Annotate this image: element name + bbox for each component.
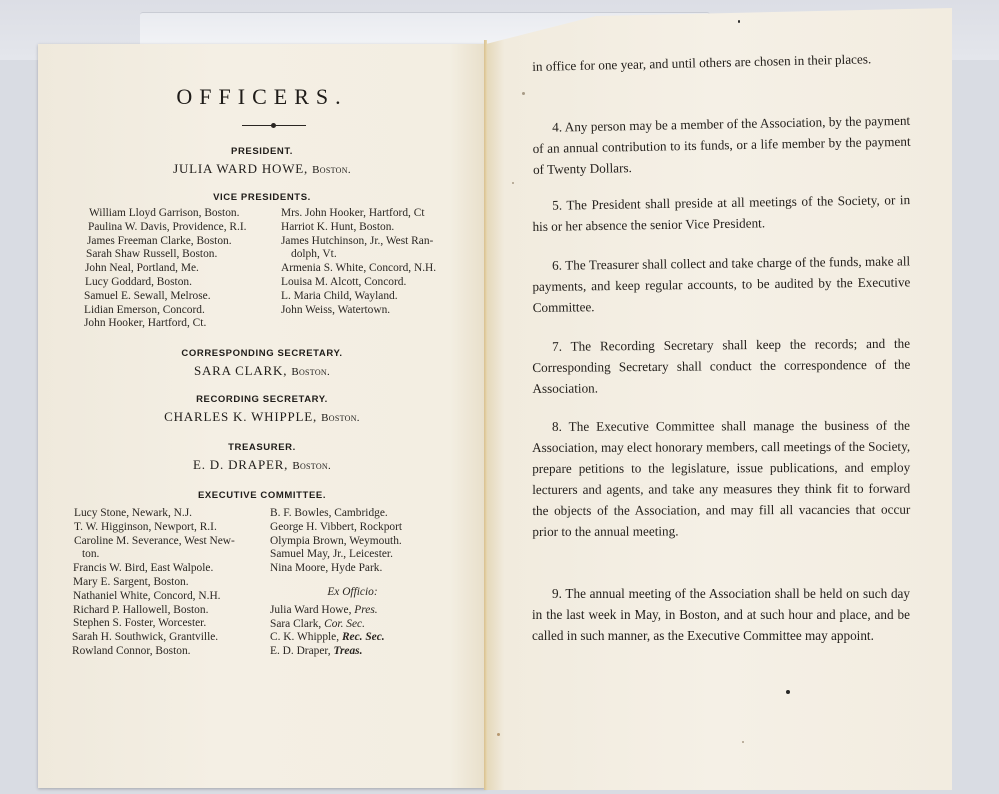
president-person: JULIA WARD HOWE, [173, 161, 308, 176]
list-item: John Weiss, Watertown. [281, 304, 436, 318]
list-item: James Freeman Clarke, Boston. [84, 235, 247, 249]
list-item: Paulina W. Davis, Providence, R.I. [84, 221, 247, 235]
list-item: John Hooker, Hartford, Ct. [84, 317, 247, 331]
list-item: Samuel E. Sewall, Melrose. [84, 290, 247, 304]
paragraph-8: 8. The Executive Committee shall manage … [532, 415, 910, 542]
list-item: T. W. Higginson, Newport, R.I. [72, 521, 235, 535]
paper-speck [512, 182, 514, 184]
executive-committee-label: EXECUTIVE COMMITTEE. [38, 490, 486, 501]
paragraph-text: The Recording Secretary shall keep the r… [532, 336, 910, 396]
ex-officio-name: Julia Ward Howe, [270, 604, 351, 616]
vice-presidents-col1: William Lloyd Garrison, Boston. Paulina … [84, 207, 247, 331]
paper-speck [522, 92, 525, 95]
paragraph-5: 5. The President shall preside at all me… [532, 189, 911, 237]
ex-officio-name: E. D. Draper, [270, 645, 331, 657]
recording-secretary-city: Boston. [321, 412, 360, 424]
ex-officio-role: Cor. Sec. [324, 618, 365, 630]
list-item: dolph, Vt. [281, 248, 436, 262]
list-item: Olympia Brown, Weymouth. [270, 535, 435, 549]
list-item: Sarah Shaw Russell, Boston. [84, 248, 247, 262]
recording-secretary-person: CHARLES K. WHIPPLE, [164, 409, 317, 424]
list-item: Mary E. Sargent, Boston. [72, 576, 235, 590]
page-title: OFFICERS. [38, 84, 486, 110]
treasurer-city: Boston. [292, 460, 331, 472]
ex-officio-name: C. K. Whipple, [270, 631, 339, 643]
list-item: Caroline M. Severance, West New- [72, 535, 235, 549]
list-item: Nathaniel White, Concord, N.H. [72, 590, 235, 604]
recording-secretary-name: CHARLES K. WHIPPLE, Boston. [38, 409, 486, 425]
vice-presidents-col2: Mrs. John Hooker, Hartford, Ct Harriot K… [281, 207, 436, 317]
ex-officio-role: Treas. [333, 645, 362, 657]
list-item: B. F. Bowles, Cambridge. [270, 507, 435, 521]
list-item: Stephen S. Foster, Worcester. [72, 617, 235, 631]
paragraph-number: 7. [552, 339, 562, 354]
ex-officio-member: Julia Ward Howe, Pres. [270, 604, 435, 618]
treasurer-label: TREASURER. [38, 442, 486, 453]
executive-committee-col2: B. F. Bowles, Cambridge. George H. Vibbe… [270, 507, 435, 659]
treasurer-name: E. D. DRAPER, Boston. [38, 457, 486, 473]
list-item: Rowland Connor, Boston. [72, 645, 235, 659]
list-item: L. Maria Child, Wayland. [281, 290, 436, 304]
list-item: George H. Vibbert, Rockport [270, 521, 435, 535]
list-item: William Lloyd Garrison, Boston. [84, 207, 247, 221]
list-item: Sarah H. Southwick, Grantville. [72, 631, 235, 645]
list-item: Lucy Stone, Newark, N.J. [72, 507, 235, 521]
corresponding-secretary-city: Boston. [291, 366, 330, 378]
paragraph-6: 6. The Treasurer shall collect and take … [532, 250, 911, 318]
paragraph-number: 5. [552, 198, 562, 213]
list-item: ton. [72, 548, 235, 562]
paragraph-text: Any person may be a member of the Associ… [532, 113, 910, 177]
title-ornament-divider [242, 125, 306, 126]
paragraph-text: The annual meeting of the Association sh… [532, 586, 910, 643]
paragraph-4: 4. Any person may be a member of the Ass… [532, 110, 911, 180]
paragraph-text: The Treasurer shall collect and take cha… [532, 253, 910, 315]
paper-speck [497, 733, 500, 736]
ex-officio-role: Pres. [354, 604, 377, 616]
vice-presidents-label: VICE PRESIDENTS. [38, 192, 486, 203]
paragraph-number: 8. [552, 419, 562, 434]
list-item: Lidian Emerson, Concord. [84, 304, 247, 318]
list-item: Lucy Goddard, Boston. [84, 276, 247, 290]
list-item: Francis W. Bird, East Walpole. [72, 562, 235, 576]
ex-officio-role: Rec. Sec. [342, 631, 385, 643]
paragraph-number: 6. [552, 258, 562, 273]
paragraph-number: 4. [552, 119, 562, 134]
paragraph-text: The Executive Committee shall manage the… [532, 418, 910, 539]
president-city: Boston. [312, 164, 351, 176]
ex-officio-heading: Ex Officio: [270, 576, 435, 604]
list-item: Harriot K. Hunt, Boston. [281, 221, 436, 235]
list-item: Louisa M. Alcott, Concord. [281, 276, 436, 290]
corresponding-secretary-name: SARA CLARK, Boston. [38, 363, 486, 379]
paper-speck [786, 690, 790, 694]
paragraph-7: 7. The Recording Secretary shall keep th… [532, 333, 911, 399]
ex-officio-member: C. K. Whipple, Rec. Sec. [270, 631, 435, 645]
executive-committee-col1: Lucy Stone, Newark, N.J. T. W. Higginson… [72, 507, 235, 659]
paragraph-9: 9. The annual meeting of the Association… [532, 583, 910, 646]
president-label: PRESIDENT. [38, 146, 486, 157]
president-name: JULIA WARD HOWE, Boston. [38, 161, 486, 177]
ex-officio-member: Sara Clark, Cor. Sec. [270, 618, 435, 632]
paper-speck [742, 741, 744, 743]
corresponding-secretary-person: SARA CLARK, [194, 363, 287, 378]
list-item: Richard P. Hallowell, Boston. [72, 604, 235, 618]
recording-secretary-label: RECORDING SECRETARY. [38, 394, 486, 405]
list-item: James Hutchinson, Jr., West Ran- [281, 235, 436, 249]
corresponding-secretary-label: CORRESPONDING SECRETARY. [38, 348, 486, 359]
list-item: Nina Moore, Hyde Park. [270, 562, 435, 576]
ex-officio-name: Sara Clark, [270, 618, 321, 630]
list-item: Mrs. John Hooker, Hartford, Ct [281, 207, 436, 221]
ex-officio-member: E. D. Draper, Treas. [270, 645, 435, 659]
list-item: Armenia S. White, Concord, N.H. [281, 262, 436, 276]
paragraph-number: 9. [552, 586, 562, 601]
paper-speck [738, 20, 740, 23]
list-item: John Neal, Portland, Me. [84, 262, 247, 276]
paragraph-text: The President shall preside at all meeti… [532, 192, 910, 234]
treasurer-person: E. D. DRAPER, [193, 457, 288, 472]
list-item: Samuel May, Jr., Leicester. [270, 548, 435, 562]
